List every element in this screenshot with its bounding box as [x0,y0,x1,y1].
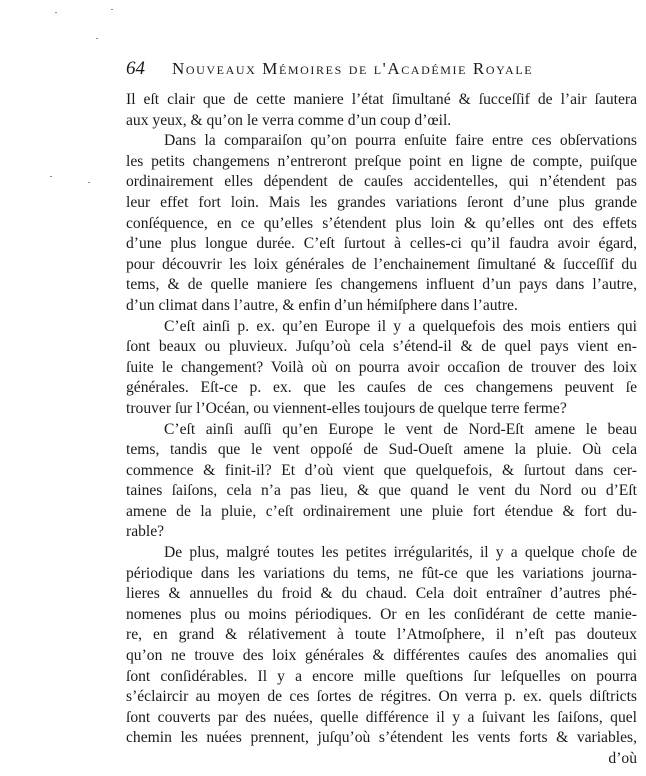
scan-speck [96,38,98,39]
text-line: leur effet fort loin. Mais les grandes v… [126,193,637,214]
text-line: lieres & annuelles du froid & du chaud. … [126,584,637,605]
scan-speck [50,176,52,177]
text-line: rable? [126,522,637,543]
text-line: ſont beaux ou pluvieux. Juſqu’où cela s’… [126,337,637,358]
text-line: pour découvrir les loix générales de l’e… [126,255,637,276]
text-line: tems, & de quelle maniere ſes changemens… [126,275,637,296]
body-text: Il eſt clair que de cette maniere l’état… [126,90,637,770]
text-line: périodique dans les variations du tems, … [126,564,637,585]
text-line: taines ſaiſons, cela n’a pas lieu, & que… [126,481,637,502]
running-head: 64 Nouveaux Mémoires de l'Académie Royal… [126,58,637,82]
text-line: Il eſt clair que de cette maniere l’état… [126,90,637,111]
catchword: d’où [126,749,637,770]
scan-speck [55,12,57,13]
text-line: ſont conſidérables. Il y a encore mille … [126,667,637,688]
text-line: C’eſt ainſi p. ex. qu’en Europe il y a q… [126,317,637,338]
text-line: qu’on ne trouve des loix générales & dif… [126,646,637,667]
text-line: d’un climat dans l’autre, & enfin d’un h… [126,296,637,317]
text-line: De plus, malgré toutes les petites irrég… [126,543,637,564]
text-line: aux yeux, & qu’on le verra comme d’un co… [126,111,637,132]
paragraph: Il eſt clair que de cette maniere l’état… [126,90,637,131]
text-line: trouver ſur l’Océan, ou viennent-elles t… [126,399,637,420]
text-line: chemin les nuées prennent, juſqu’où s’ét… [126,728,637,749]
text-line: générales. Eſt-ce p. ex. que les cauſes … [126,378,637,399]
paragraph: C’eſt ainſi p. ex. qu’en Europe il y a q… [126,317,637,420]
paragraph: De plus, malgré toutes les petites irrég… [126,543,637,749]
paragraph: C’eſt ainſi auſſi qu’en Europe le vent d… [126,420,637,544]
text-line: nomenes plus ou moins périodiques. Or en… [126,605,637,626]
paragraph: Dans la comparaiſon qu’on pourra enſuite… [126,131,637,316]
book-page: 64 Nouveaux Mémoires de l'Académie Royal… [126,58,637,770]
text-line: ſuite le changement? Voilà où on pourra … [126,358,637,379]
scan-speck [111,9,113,10]
text-line: amene de la pluie, c’eſt ordinairement u… [126,502,637,523]
text-line: ordinairement elles dépendent de cauſes … [126,172,637,193]
text-line: ſont couverts par des nuées, quelle diff… [126,708,637,729]
text-line: les petits changemens n’entreront preſqu… [126,152,637,173]
running-head-title: Nouveaux Mémoires de l'Académie Royale [172,59,533,79]
text-line: conſéquence, en ce qu’elles s’étendent p… [126,214,637,235]
scan-speck [88,182,90,183]
text-line: s’éclaircir au moyen de ces ſortes de ré… [126,687,637,708]
page-number: 64 [126,58,172,80]
text-line: d’une plus longue durée. C’eſt ſurtout à… [126,234,637,255]
text-line: tems, tandis que le vent oppoſé de Sud-O… [126,440,637,461]
text-line: commence & finit-il? Et d’où vient que q… [126,461,637,482]
text-line: Dans la comparaiſon qu’on pourra enſuite… [126,131,637,152]
text-line: C’eſt ainſi auſſi qu’en Europe le vent d… [126,420,637,441]
text-line: re, en grand & rélativement à toute l’At… [126,625,637,646]
